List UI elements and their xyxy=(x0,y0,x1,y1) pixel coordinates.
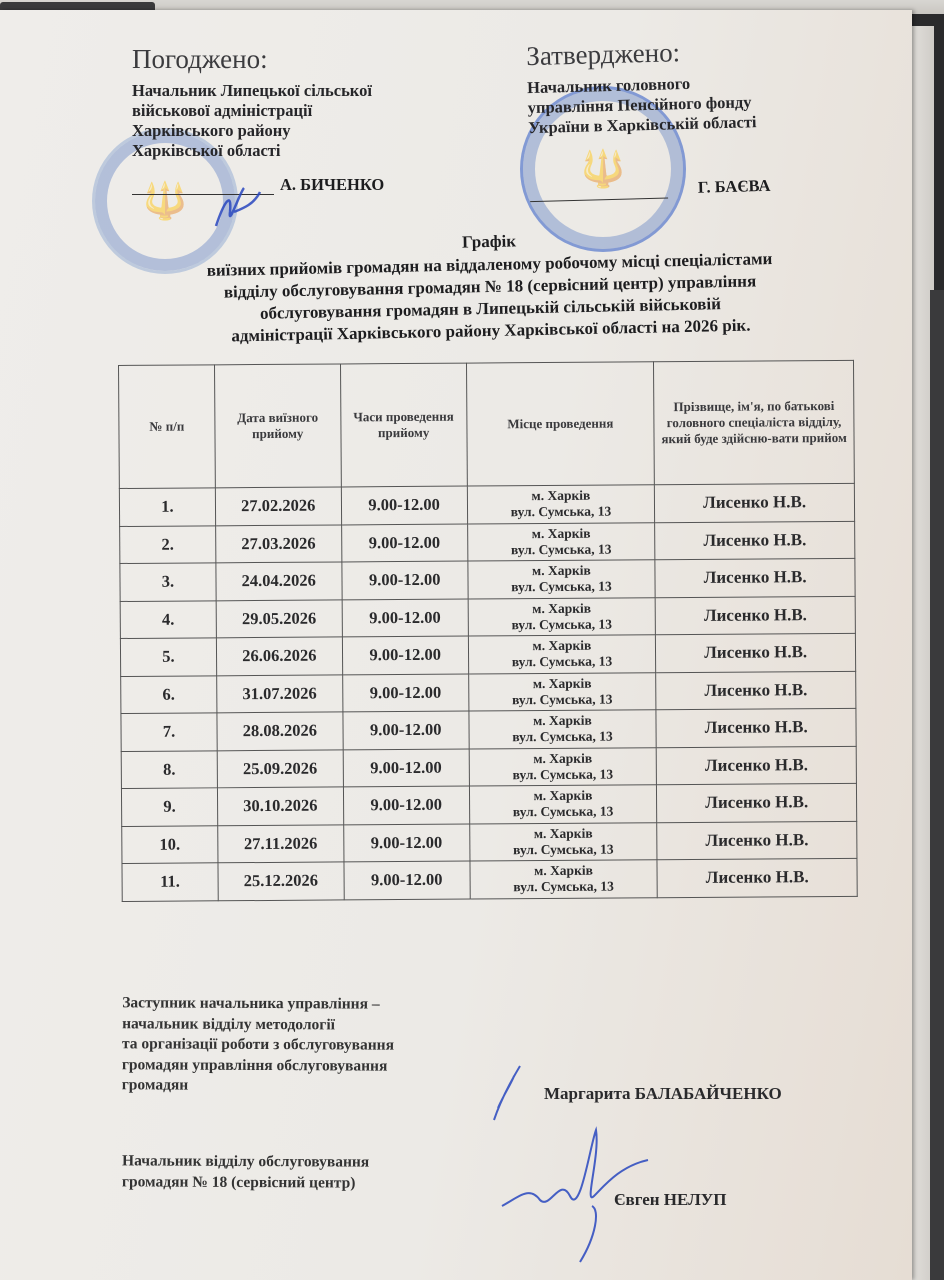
place-city: м. Харків xyxy=(474,825,653,842)
cell-time: 9.00-12.00 xyxy=(343,749,469,787)
cell-specialist: Лисенко Н.В. xyxy=(657,821,857,860)
schedule-table: № п/п Дата виїзного прийому Часи проведе… xyxy=(118,360,858,902)
footer-position-line: та організації роботи з обслуговування xyxy=(122,1034,394,1056)
place-street: вул. Сумська, 13 xyxy=(472,616,651,633)
cell-date: 25.12.2026 xyxy=(218,862,344,900)
approval-heading: Затверджено: xyxy=(526,35,767,72)
cell-specialist: Лисенко Н.В. xyxy=(655,558,855,597)
cell-date: 30.10.2026 xyxy=(217,787,343,825)
cell-number: 8. xyxy=(121,750,217,788)
signature-line: Г. БАЄВА xyxy=(530,176,771,202)
place-street: вул. Сумська, 13 xyxy=(473,654,652,671)
place-street: вул. Сумська, 13 xyxy=(474,879,653,896)
place-city: м. Харків xyxy=(473,713,652,730)
cell-time: 9.00-12.00 xyxy=(342,561,468,599)
cell-specialist: Лисенко Н.В. xyxy=(655,521,855,560)
cell-specialist: Лисенко Н.В. xyxy=(657,858,857,897)
cell-number: 1. xyxy=(119,488,215,526)
signatory-name: А. БИЧЕНКО xyxy=(280,175,384,195)
table-row: 1.27.02.20269.00-12.00м. Харківвул. Сумс… xyxy=(119,483,854,526)
place-city: м. Харків xyxy=(473,638,652,655)
column-header-specialist: Прізвище, ім'я, по батькові головного сп… xyxy=(654,360,855,484)
cell-place: м. Харківвул. Сумська, 13 xyxy=(468,597,656,636)
place-street: вул. Сумська, 13 xyxy=(472,541,651,558)
handwritten-signature-icon xyxy=(210,182,270,238)
cell-date: 26.06.2026 xyxy=(216,637,342,675)
cell-specialist: Лисенко Н.В. xyxy=(657,783,857,822)
cell-specialist: Лисенко Н.В. xyxy=(656,708,856,747)
cell-number: 10. xyxy=(122,825,218,863)
cell-time: 9.00-12.00 xyxy=(343,786,469,824)
approval-block-approved: Затверджено: Начальник головного управлі… xyxy=(526,35,771,202)
table-body: 1.27.02.20269.00-12.00м. Харківвул. Сумс… xyxy=(119,483,857,901)
dark-background-edge xyxy=(930,290,944,1280)
cell-specialist: Лисенко Н.В. xyxy=(655,483,855,522)
footer-position-line: Заступник начальника управління – xyxy=(122,993,394,1015)
table-row: 5.26.06.20269.00-12.00м. Харківвул. Сумс… xyxy=(120,633,855,676)
cell-time: 9.00-12.00 xyxy=(342,674,468,712)
table-row: 10.27.11.20269.00-12.00м. Харківвул. Сум… xyxy=(122,821,857,864)
table-row: 11.25.12.20269.00-12.00м. Харківвул. Сум… xyxy=(122,858,857,901)
cell-date: 29.05.2026 xyxy=(216,599,342,637)
cell-number: 9. xyxy=(121,788,217,826)
table-row: 3.24.04.20269.00-12.00м. Харківвул. Сумс… xyxy=(120,558,855,601)
column-header-place: Місце проведення xyxy=(466,362,655,486)
place-city: м. Харків xyxy=(473,750,652,767)
cell-time: 9.00-12.00 xyxy=(343,824,469,862)
cell-place: м. Харківвул. Сумська, 13 xyxy=(467,485,655,524)
footer-position-line: громадян № 18 (сервісний центр) xyxy=(122,1172,369,1194)
place-street: вул. Сумська, 13 xyxy=(474,841,653,858)
document-page: 🔱 🔱 Погоджено: Начальник Липецької сільс… xyxy=(0,10,912,1280)
cell-date: 27.03.2026 xyxy=(215,524,341,562)
head-signatory-name: Євген НЕЛУП xyxy=(614,1190,727,1210)
cell-number: 7. xyxy=(121,713,217,751)
place-street: вул. Сумська, 13 xyxy=(472,504,651,521)
table-row: 8.25.09.20269.00-12.00м. Харківвул. Сумс… xyxy=(121,746,856,789)
footer-position-line: громадян xyxy=(122,1075,394,1097)
cell-number: 6. xyxy=(121,675,217,713)
cell-place: м. Харківвул. Сумська, 13 xyxy=(467,522,655,561)
approval-line: військової адміністрації xyxy=(132,101,384,121)
approval-line: Харківського району xyxy=(132,121,384,141)
table-row: 2.27.03.20269.00-12.00м. Харківвул. Сумс… xyxy=(120,521,855,564)
cell-place: м. Харківвул. Сумська, 13 xyxy=(470,860,658,899)
place-city: м. Харків xyxy=(472,600,651,617)
cell-specialist: Лисенко Н.В. xyxy=(656,746,856,785)
column-header-date: Дата виїзного прийому xyxy=(214,364,341,488)
cell-time: 9.00-12.00 xyxy=(344,861,470,899)
cell-place: м. Харківвул. Сумська, 13 xyxy=(469,710,657,749)
cell-specialist: Лисенко Н.В. xyxy=(655,596,855,635)
cell-number: 11. xyxy=(122,863,218,901)
footer-position-line: начальник відділу методології xyxy=(122,1014,394,1036)
place-street: вул. Сумська, 13 xyxy=(473,729,652,746)
place-city: м. Харків xyxy=(472,563,651,580)
cell-time: 9.00-12.00 xyxy=(343,711,469,749)
table-header-row: № п/п Дата виїзного прийому Часи проведе… xyxy=(119,360,855,488)
cell-number: 3. xyxy=(120,563,216,601)
place-street: вул. Сумська, 13 xyxy=(474,804,653,821)
cell-place: м. Харківвул. Сумська, 13 xyxy=(468,635,656,674)
cell-date: 25.09.2026 xyxy=(217,749,343,787)
footer-position-line: Начальник відділу обслуговування xyxy=(122,1151,369,1173)
cell-place: м. Харківвул. Сумська, 13 xyxy=(469,785,657,824)
approval-block-agreed: Погоджено: Начальник Липецької сільської… xyxy=(132,44,384,195)
approval-line: Харківської області xyxy=(132,141,384,161)
cell-date: 31.07.2026 xyxy=(216,674,342,712)
deputy-signatory-name: Маргарита БАЛАБАЙЧЕНКО xyxy=(544,1084,782,1104)
column-header-time: Часи проведення прийому xyxy=(340,363,467,487)
place-street: вул. Сумська, 13 xyxy=(472,579,651,596)
approval-line: Начальник Липецької сільської xyxy=(132,81,384,101)
cell-time: 9.00-12.00 xyxy=(342,599,468,637)
cell-time: 9.00-12.00 xyxy=(341,486,467,524)
approval-heading: Погоджено: xyxy=(132,44,384,75)
table-row: 4.29.05.20269.00-12.00м. Харківвул. Сумс… xyxy=(120,596,855,639)
table-row: 9.30.10.20269.00-12.00м. Харківвул. Сумс… xyxy=(121,783,856,826)
footer-position-line: громадян управління обслуговування xyxy=(122,1055,394,1077)
cell-place: м. Харківвул. Сумська, 13 xyxy=(469,822,657,861)
cell-place: м. Харківвул. Сумська, 13 xyxy=(467,560,655,599)
cell-specialist: Лисенко Н.В. xyxy=(656,633,856,672)
cell-specialist: Лисенко Н.В. xyxy=(656,671,856,710)
handwritten-signature-icon xyxy=(488,1062,528,1124)
place-street: вул. Сумська, 13 xyxy=(473,766,652,783)
cell-number: 5. xyxy=(120,638,216,676)
footer-deputy-block: Заступник начальника управління – началь… xyxy=(122,993,395,1097)
cell-number: 4. xyxy=(120,600,216,638)
place-city: м. Харків xyxy=(471,488,650,505)
place-city: м. Харків xyxy=(472,525,651,542)
cell-time: 9.00-12.00 xyxy=(341,524,467,562)
cell-date: 27.02.2026 xyxy=(215,487,341,525)
cell-time: 9.00-12.00 xyxy=(342,636,468,674)
place-city: м. Харків xyxy=(474,863,653,880)
cell-date: 28.08.2026 xyxy=(217,712,343,750)
table-row: 6.31.07.20269.00-12.00м. Харківвул. Сумс… xyxy=(121,671,856,714)
place-city: м. Харків xyxy=(473,675,652,692)
cell-place: м. Харківвул. Сумська, 13 xyxy=(468,672,656,711)
document-title: Графік виїзних прийомів громадян на відд… xyxy=(119,224,861,349)
cell-number: 2. xyxy=(120,525,216,563)
footer-head-block: Начальник відділу обслуговування громадя… xyxy=(122,1151,369,1193)
column-header-number: № п/п xyxy=(119,365,216,489)
table-row: 7.28.08.20269.00-12.00м. Харківвул. Сумс… xyxy=(121,708,856,751)
place-street: вул. Сумська, 13 xyxy=(473,691,652,708)
place-city: м. Харків xyxy=(474,788,653,805)
cell-date: 27.11.2026 xyxy=(218,824,344,862)
cell-date: 24.04.2026 xyxy=(216,562,342,600)
signatory-name: Г. БАЄВА xyxy=(698,176,771,198)
cell-place: м. Харківвул. Сумська, 13 xyxy=(469,747,657,786)
